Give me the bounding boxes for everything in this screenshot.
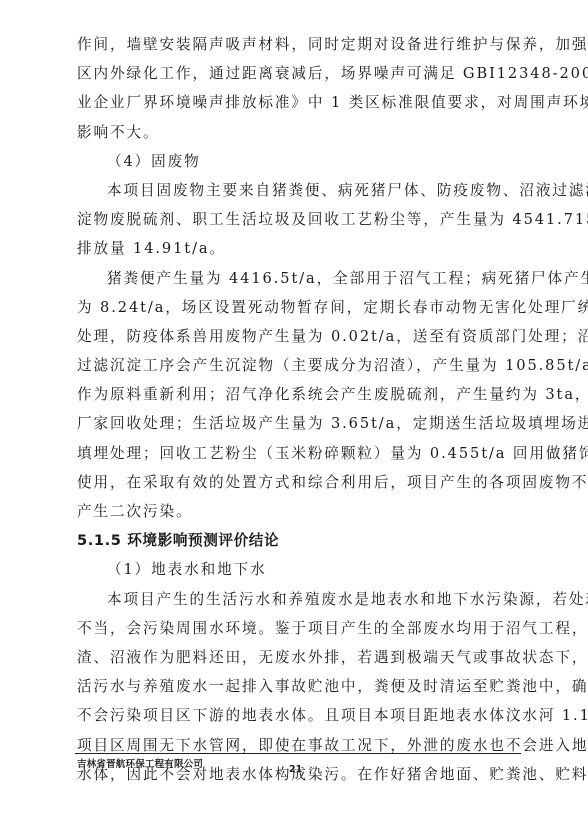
text-line: 不当，会污染周围水环境。鉴于项目产生的全部废水均用于沼气工程，沼 bbox=[77, 614, 517, 643]
text-line: 区内外绿化工作，通过距离衰减后，场界噪声可满足 GBI12348-2008《工 bbox=[77, 59, 517, 88]
text-line: 本项目固废物主要来自猪粪便、病死猪尸体、防疫废物、沼液过滤沉 bbox=[77, 176, 517, 205]
text-line: 作为原料重新利用；沼气净化系统会产生废脱硫剂，产生量约为 3ta，由 bbox=[77, 380, 517, 409]
footer-divider bbox=[75, 753, 521, 754]
text-line: 不会污染项目区下游的地表水体。且项目本项目距地表水体汶水河 1.1km， bbox=[77, 701, 517, 730]
text-line: 猪粪便产生量为 4416.5t/a，全部用于沼气工程；病死猪尸体产生量 bbox=[77, 264, 517, 293]
text-line: 活污水与养殖废水一起排入事故贮池中，粪便及时清运至贮粪池中，确保 bbox=[77, 672, 517, 701]
text-line: 排放量 14.91t/a。 bbox=[77, 234, 517, 263]
document-page: 作间，墙壁安装隔声吸声材料，同时定期对设备进行维护与保养，加强场 区内外绿化工作… bbox=[0, 0, 588, 824]
document-body: 作间，墙壁安装隔声吸声材料，同时定期对设备进行维护与保养，加强场 区内外绿化工作… bbox=[77, 30, 517, 789]
text-line: 业企业厂界环境噪声排放标准》中 1 类区标准限值要求，对周围声环境的 bbox=[77, 88, 517, 117]
subsection-title-water: （1）地表水和地下水 bbox=[77, 555, 517, 584]
text-line: 淀物废脱硫剂、职工生活垃圾及回收工艺粉尘等，产生量为 4541.715t/a， bbox=[77, 205, 517, 234]
text-line: 产生二次污染。 bbox=[77, 497, 517, 526]
page-number: 21 bbox=[289, 764, 302, 775]
text-line: 过滤沉淀工序会产生沉淀物（主要成分为沼渣），产生量为 105.85t/a， bbox=[77, 351, 517, 380]
text-line: 厂家回收处理；生活垃圾产生量为 3.65t/a，定期送生活垃圾填埋场进行 bbox=[77, 409, 517, 438]
text-line: 影响不大。 bbox=[77, 118, 517, 147]
text-line: 渣、沼液作为肥料还田，无废水外排，若遇到极端天气或事故状态下，生 bbox=[77, 643, 517, 672]
text-line: 使用，在采取有效的处置方式和综合利用后，项目产生的各项固废物不会 bbox=[77, 468, 517, 497]
text-line: 为 8.24t/a，场区设置死动物暂存间，定期长春市动物无害化处理厂统一 bbox=[77, 293, 517, 322]
text-line: 本项目产生的生活污水和养殖废水是地表水和地下水污染源，若处理 bbox=[77, 585, 517, 614]
text-line: 填埋处理；回收工艺粉尘（玉米粉碎颗粒）量为 0.455t/a 回用做猪饲料 bbox=[77, 439, 517, 468]
section-heading: 5.1.5 环境影响预测评价结论 bbox=[77, 526, 517, 555]
text-line: 处理，防疫体系兽用废物产生量为 0.02t/a，送至有资质部门处理；沼液 bbox=[77, 322, 517, 351]
footer-company-name: 吉林省晋航环保工程有限公司 bbox=[77, 756, 203, 770]
text-line: 作间，墙壁安装隔声吸声材料，同时定期对设备进行维护与保养，加强场 bbox=[77, 30, 517, 59]
subsection-title-solid-waste: （4）固废物 bbox=[77, 147, 517, 176]
